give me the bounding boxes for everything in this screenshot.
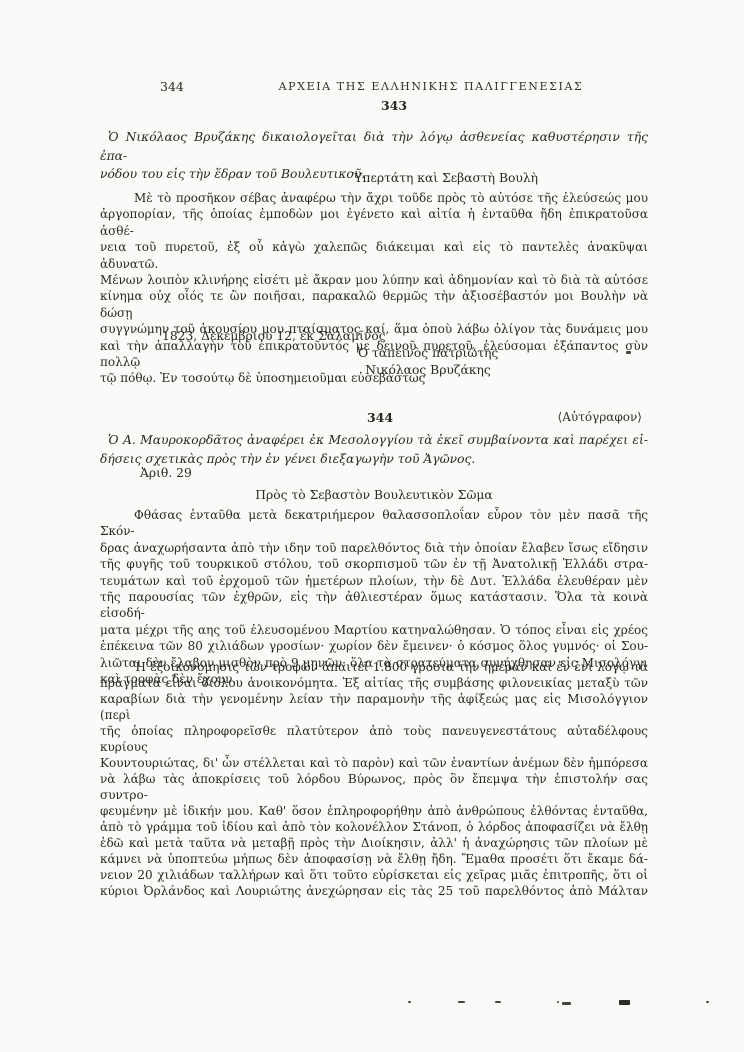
doc-343-salutation: Ὑπερτάτη καὶ Σεβαστὴ Βουλὴ [320,171,570,185]
doc-344-annotation: ⟨Αὐτόγραφον⟩ [558,410,642,424]
doc-343-signature-name: Νικόλαος Βρυζάκης [300,362,556,379]
scanned-document-page: 344 ΑΡΧΕΙΑ ΤΗΣ ΕΛΛΗΝΙΚΗΣ ΠΑΛΙΓΓΕΝΕΣΙΑΣ 3… [0,0,744,1052]
scan-artifact [619,1000,630,1005]
scan-artifact [458,1001,465,1003]
scan-artifact [706,1001,709,1003]
scan-artifact [626,351,631,354]
page-number: 344 [160,79,184,94]
doc-343-signature-role: Ὁ ταπεινὸς πατριώτης [300,345,556,362]
doc-343-signature: Ὁ ταπεινὸς πατριώτης Νικόλαος Βρυζάκης [300,345,556,379]
page-header-title: ΑΡΧΕΙΑ ΤΗΣ ΕΛΛΗΝΙΚΗΣ ΠΑΛΙΓΓΕΝΕΣΙΑΣ [270,80,592,93]
scan-artifact [557,1001,559,1003]
doc-344-address: Πρὸς τὸ Σεβαστὸν Βουλευτικὸν Σῶμα [100,488,648,502]
scan-artifact [562,1002,571,1005]
scan-artifact [495,1001,501,1003]
scan-artifact [408,1001,411,1003]
doc-343-dateline: 1823, Δεκεμβρίου 12, ἐκ Σαλαμῖνος [162,329,386,343]
doc-344-paragraph-2: Ἡ ἐξοικονόμησις τῶν τροφῶν ἀπαιτεῖ 1.800… [100,659,648,899]
doc-344-summary: Ὁ Α. Μαυροκορδᾶτος ἀναφέρει ἐκ Μεσολογγί… [100,431,648,468]
doc-343-number: 343 [120,98,668,113]
doc-344-ref-number: Ἀριθ. 29 [140,466,192,480]
